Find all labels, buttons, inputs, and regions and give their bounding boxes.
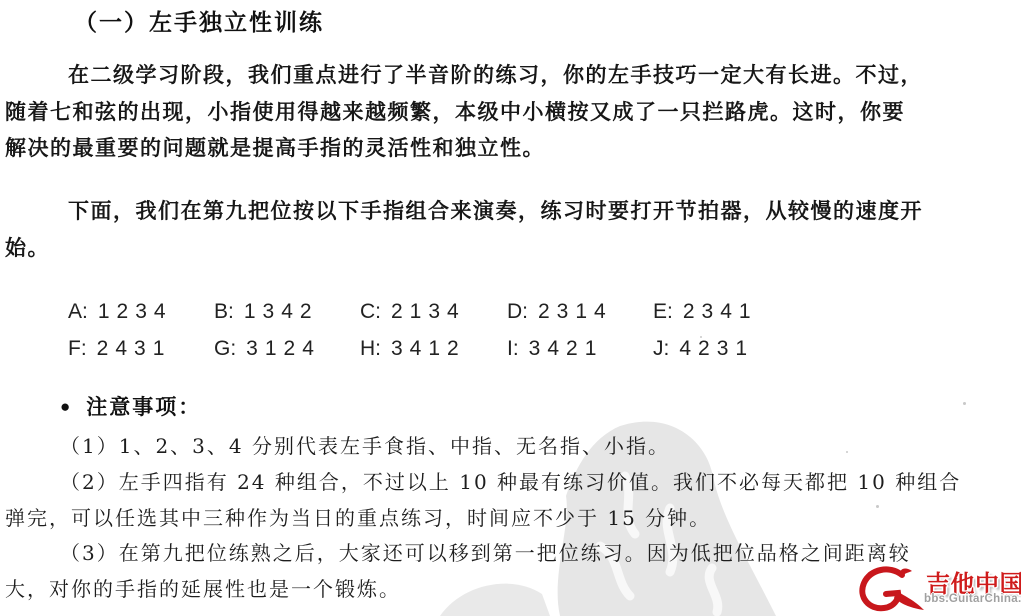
site-url: bbs.GuitarChina.com (924, 593, 1021, 605)
combo-label: D: (507, 300, 528, 323)
combo-item: I:3421 (507, 337, 603, 361)
combo-value: 2134 (391, 300, 466, 323)
combo-label: B: (214, 300, 234, 323)
combo-item: C:2134 (360, 300, 466, 324)
combo-value: 2431 (97, 337, 172, 360)
paragraph-line: 随着七和弦的出现，小指使用得越来越频繁，本级中小横按又成了一只拦路虎。这时，你要 (5, 96, 905, 126)
combo-value: 4231 (679, 337, 754, 360)
combo-value: 2341 (683, 300, 758, 323)
combo-item: H:3412 (360, 337, 466, 361)
combo-item: F:2431 (68, 337, 171, 361)
combo-item: G:3124 (214, 337, 321, 361)
combo-label: E: (653, 300, 673, 323)
combo-value: 3124 (246, 337, 321, 360)
combo-value: 3412 (391, 337, 466, 360)
combo-label: G: (214, 337, 236, 360)
combo-label: F: (68, 337, 87, 360)
paragraph-line: 在二级学习阶段，我们重点进行了半音阶的练习，你的左手技巧一定大有长进。不过， (68, 59, 923, 89)
guitarchina-dragon-g-icon (856, 564, 926, 614)
note-line: 弹完，可以任选其中三种作为当日的重点练习，时间应不少于 15 分钟。 (5, 502, 711, 531)
combo-label: J: (653, 337, 669, 360)
note-line: （1）1、2、3、4 分别代表左手食指、中指、无名指、小指。 (60, 430, 670, 459)
combo-item: E:2341 (653, 300, 758, 324)
combo-label: H: (360, 337, 381, 360)
combo-value: 2314 (538, 300, 613, 323)
page-title: （一）左手独立性训练 (74, 4, 324, 37)
paragraph-line: 下面，我们在第九把位按以下手指组合来演奏，练习时要打开节拍器，从较慢的速度开 (68, 195, 923, 225)
combo-label: A: (68, 300, 88, 323)
note-line: （3）在第九把位练熟之后，大家还可以移到第一把位练习。因为低把位品格之间距离较 (60, 537, 911, 566)
combo-item: B:1342 (214, 300, 319, 324)
paragraph-line: 解决的最重要的问题就是提高手指的灵活性和独立性。 (5, 132, 545, 162)
notes-header: ●注意事项： (60, 391, 201, 421)
combo-item: J:4231 (653, 337, 754, 361)
combo-label: C: (360, 300, 381, 323)
scan-speck (846, 451, 848, 453)
site-logo: 吉他中国 bbs.GuitarChina.com (854, 562, 1021, 616)
paragraph-line: 始。 (5, 232, 50, 262)
notes-header-label: 注意事项： (86, 396, 201, 419)
combo-value: 3421 (529, 337, 604, 360)
combo-label: I: (507, 337, 519, 360)
bullet-icon: ● (60, 397, 72, 416)
note-line: 大，对你的手指的延展性也是一个锻炼。 (5, 573, 401, 602)
combo-item: A:1234 (68, 300, 173, 324)
scan-speck (963, 402, 966, 405)
combo-item: D:2314 (507, 300, 613, 324)
document-page: （一）左手独立性训练 在二级学习阶段，我们重点进行了半音阶的练习，你的左手技巧一… (0, 0, 1021, 616)
note-line: （2）左手四指有 24 种组合，不过以上 10 种最有练习价值。我们不必每天都把… (60, 466, 961, 495)
combo-value: 1234 (98, 300, 173, 323)
scan-speck (876, 505, 879, 508)
combo-value: 1342 (244, 300, 319, 323)
